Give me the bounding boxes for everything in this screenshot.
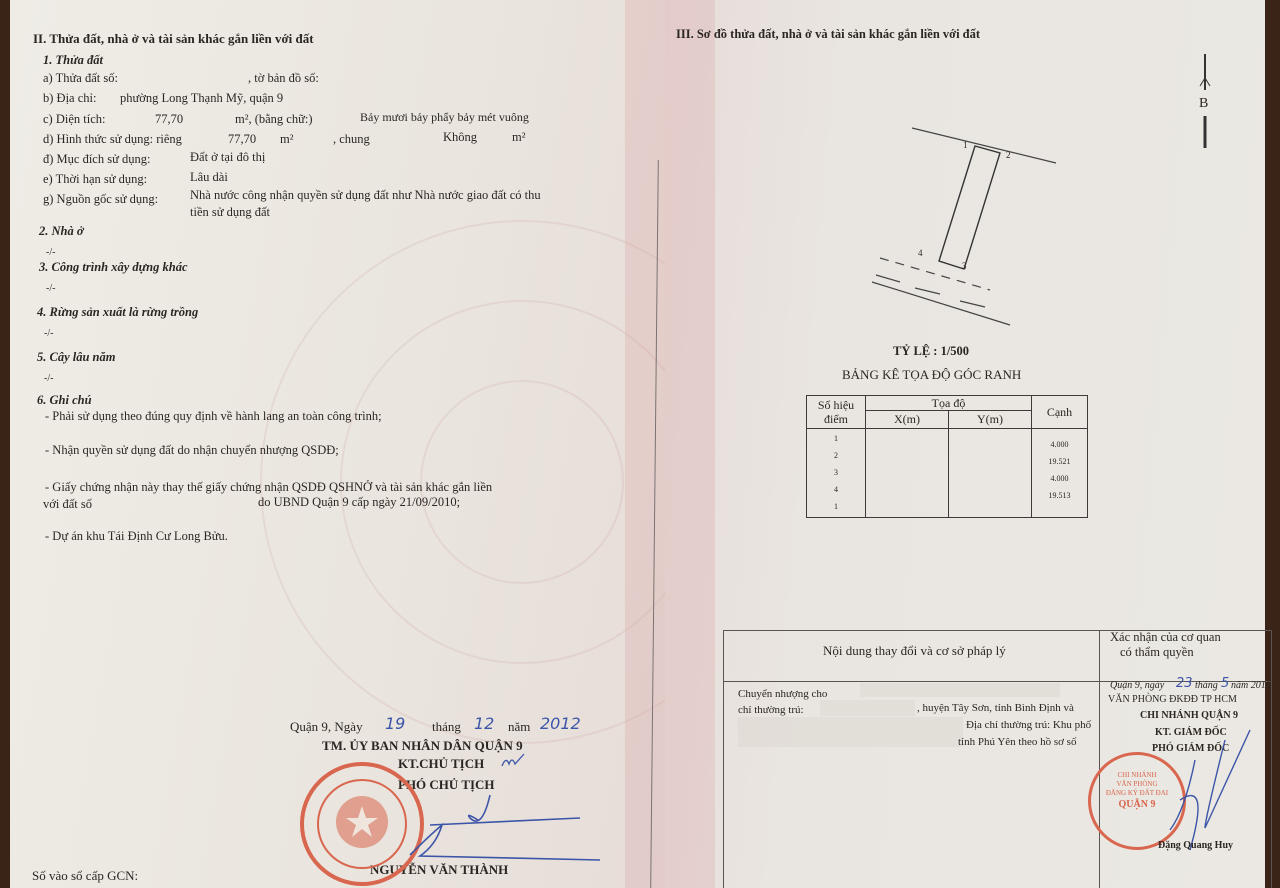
change-content-line2-left: chỉ thường trú: bbox=[738, 704, 804, 716]
point-row: 1 bbox=[807, 433, 865, 445]
address-value: phường Long Thạnh Mỹ, quận 9 bbox=[120, 91, 283, 106]
note-item-line2-left: với đất số bbox=[43, 497, 92, 512]
signing-month: 12 bbox=[474, 714, 494, 733]
section-iii-title: III. Sơ đồ thửa đất, nhà ở và tài sản kh… bbox=[676, 27, 980, 42]
spine-band bbox=[625, 0, 715, 888]
note-item-line2-right: do UBND Quận 9 cấp ngày 21/09/2010; bbox=[258, 495, 460, 510]
header-x: X(m) bbox=[866, 411, 949, 429]
origin-label: g) Nguồn gốc sử dụng: bbox=[43, 192, 158, 207]
x-column bbox=[866, 429, 949, 518]
purpose-value: Đất ở tại đô thị bbox=[190, 150, 265, 165]
plot-point-label: 4 bbox=[918, 248, 923, 258]
origin-value-line1: Nhà nước công nhận quyền sử dụng đất như… bbox=[190, 188, 541, 203]
edge-row: 19.513 bbox=[1032, 490, 1087, 502]
forest-heading: 4. Rừng sản xuất là rừng trồng bbox=[37, 305, 198, 320]
area-value: 77,70 bbox=[155, 112, 183, 127]
plot-point-label: 1 bbox=[963, 140, 968, 150]
signing-year-label: năm bbox=[508, 719, 530, 735]
changes-header-confirm-line2: có thẩm quyền bbox=[1120, 645, 1194, 660]
header-point: Số hiệu điểm bbox=[807, 396, 866, 429]
column-divider bbox=[1099, 631, 1100, 888]
change-content-line1: Chuyển nhượng cho bbox=[738, 688, 827, 700]
plot-sketch bbox=[860, 120, 1070, 330]
usage-shared-label: , chung bbox=[333, 132, 370, 147]
header-coords: Tọa độ bbox=[866, 396, 1032, 411]
edge-row: 19.521 bbox=[1032, 456, 1087, 468]
change-content-line2-right: , huyện Tây Sơn, tỉnh Bình Định và bbox=[917, 702, 1074, 714]
coord-table-title: BẢNG KÊ TỌA ĐỘ GÓC RANH bbox=[842, 367, 1021, 383]
redacted-area bbox=[860, 683, 1060, 697]
other-construction-heading: 3. Công trình xây dựng khác bbox=[39, 260, 188, 275]
perennial-value: -/- bbox=[44, 373, 53, 384]
note-item: - Nhận quyền sử dụng đất do nhận chuyển … bbox=[45, 443, 339, 458]
address-label: b) Địa chỉ: bbox=[43, 91, 96, 106]
notes-heading: 6. Ghi chú bbox=[37, 393, 92, 408]
header-edge: Cạnh bbox=[1032, 396, 1088, 429]
area-label: c) Diện tích: bbox=[43, 112, 105, 127]
point-row: 2 bbox=[807, 450, 865, 462]
edge-row: 4.000 bbox=[1032, 439, 1087, 451]
other-construction-value: -/- bbox=[46, 283, 55, 294]
usage-private-unit: m² bbox=[280, 132, 293, 147]
confirm-day: 23 bbox=[1176, 676, 1193, 691]
changes-header-content: Nội dung thay đổi và cơ sở pháp lý bbox=[823, 643, 1006, 659]
confirm-year: năm 2016 bbox=[1231, 680, 1271, 691]
area-in-words: Bảy mươi bảy phẩy bảy mét vuông bbox=[360, 110, 529, 125]
redacted-area bbox=[820, 700, 915, 716]
signing-date-prefix: Quận 9, Ngày bbox=[290, 719, 363, 735]
edge-row: 4.000 bbox=[1032, 473, 1087, 485]
term-label: e) Thời hạn sử dụng: bbox=[43, 172, 147, 187]
confirm-signer: Đặng Quang Huy bbox=[1158, 840, 1233, 851]
changes-header-confirm-line1: Xác nhận của cơ quan bbox=[1110, 630, 1221, 645]
scale-label: TỶ LỆ : 1/500 bbox=[893, 344, 969, 359]
confirm-date-prefix: Quận 9, ngày bbox=[1110, 680, 1164, 691]
usage-form-label: d) Hình thức sử dụng: riêng bbox=[43, 132, 182, 147]
usage-shared-unit: m² bbox=[512, 130, 525, 145]
section-ii-title: II. Thửa đất, nhà ở và tài sản khác gắn … bbox=[33, 31, 314, 47]
header-y: Y(m) bbox=[949, 411, 1032, 429]
origin-value-line2: tiền sử dụng đất bbox=[190, 205, 270, 220]
usage-shared-value: Không bbox=[443, 130, 477, 145]
purpose-label: đ) Mục đích sử dụng: bbox=[43, 152, 150, 167]
plot-point-label: 2 bbox=[1006, 150, 1011, 160]
signature-left bbox=[370, 790, 620, 870]
map-sheet-label: , tờ bản đồ số: bbox=[248, 71, 319, 86]
change-content-line4: tỉnh Phú Yên theo hồ sơ số bbox=[958, 736, 1076, 748]
note-item: - Dự án khu Tái Định Cư Long Bửu. bbox=[45, 529, 228, 544]
perennial-heading: 5. Cây lâu năm bbox=[37, 350, 116, 365]
signing-year: 2012 bbox=[540, 714, 581, 733]
confirm-month: 5 bbox=[1221, 676, 1229, 691]
confirm-month-label: tháng bbox=[1195, 680, 1218, 691]
note-item: - Giấy chứng nhận này thay thế giấy chứn… bbox=[45, 480, 492, 495]
signing-month-label: tháng bbox=[432, 719, 461, 735]
edges-column: 4.000 19.521 4.000 19.513 bbox=[1032, 429, 1088, 518]
redacted-area bbox=[738, 717, 963, 747]
register-number-label: Số vào sổ cấp GCN: bbox=[32, 868, 138, 884]
point-row: 1 bbox=[807, 501, 865, 513]
signing-day: 19 bbox=[385, 714, 405, 733]
initial-mark bbox=[500, 752, 530, 770]
signing-org: TM. ỦY BAN NHÂN DÂN QUẬN 9 bbox=[322, 738, 523, 754]
usage-private-value: 77,70 bbox=[228, 132, 256, 147]
points-column: 1 2 3 4 1 bbox=[807, 429, 866, 518]
land-heading: 1. Thửa đất bbox=[43, 53, 103, 68]
point-row: 4 bbox=[807, 484, 865, 496]
note-item: - Phải sử dụng theo đúng quy định về hàn… bbox=[45, 409, 382, 424]
signature-right bbox=[1150, 700, 1260, 860]
forest-value: -/- bbox=[44, 328, 53, 339]
change-content-line3: Địa chỉ thường trú: Khu phố bbox=[966, 719, 1091, 731]
area-unit: m², (bằng chữ:) bbox=[235, 112, 313, 127]
term-value: Lâu dài bbox=[190, 170, 228, 185]
house-value: -/- bbox=[46, 247, 55, 258]
house-heading: 2. Nhà ở bbox=[39, 224, 84, 239]
plot-point-label: 3 bbox=[962, 261, 967, 271]
y-column bbox=[949, 429, 1032, 518]
parcel-number-label: a) Thửa đất số: bbox=[43, 71, 118, 86]
coordinate-table: Số hiệu điểm Tọa độ Cạnh X(m) Y(m) 1 2 3… bbox=[806, 395, 1088, 518]
north-label: B bbox=[1199, 96, 1208, 112]
point-row: 3 bbox=[807, 467, 865, 479]
